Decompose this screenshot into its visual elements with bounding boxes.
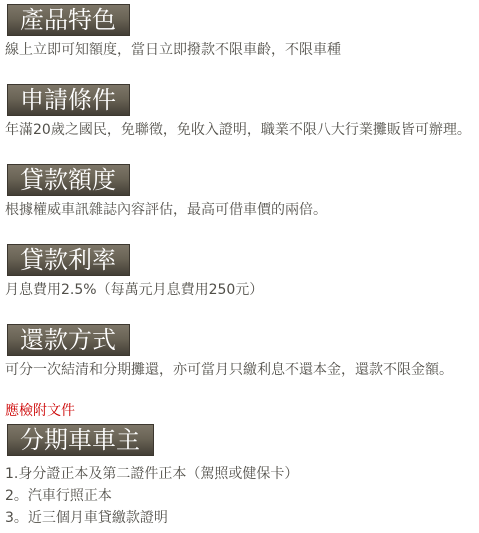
- required-documents-list: 1.身分證正本及第二證件正本（駕照或健保卡） 2。汽車行照正本 3。近三個月車貸…: [5, 463, 475, 529]
- list-item: 2。汽車行照正本: [5, 485, 475, 507]
- section-body-text: 線上立即可知額度，當日立即撥款不限車齡，不限車種: [5, 43, 475, 58]
- list-item: 3。近三個月車貸繳款證明: [5, 507, 475, 529]
- section-loan-amount: 貸款額度 根據權威車訊雜誌內容評估，最高可借車價的兩倍。: [5, 164, 475, 218]
- section-title-box-loan-interest-rate: 貸款利率: [7, 244, 130, 276]
- section-loan-interest-rate: 貸款利率 月息費用2.5%（每萬元月息費用250元）: [5, 244, 475, 298]
- section-body-text: 可分一次結清和分期攤還，亦可當月只繳利息不還本金，還款不限金額。: [5, 363, 475, 378]
- section-title: 還款方式: [20, 326, 116, 354]
- section-title-box-installment-car-owner: 分期車車主: [7, 424, 154, 456]
- required-documents-label: 應檢附文件: [5, 404, 475, 419]
- section-required-documents: 應檢附文件 分期車車主 1.身分證正本及第二證件正本（駕照或健保卡） 2。汽車行…: [5, 404, 475, 529]
- section-application-conditions: 申請條件 年滿20歲之國民，免聯徵，免收入證明，職業不限八大行業攤販皆可辦理。: [5, 84, 475, 138]
- section-product-features: 產品特色 線上立即可知額度，當日立即撥款不限車齡，不限車種: [5, 4, 475, 58]
- section-title-box-product-features: 產品特色: [7, 4, 130, 36]
- section-title-box-loan-amount: 貸款額度: [7, 164, 130, 196]
- section-title: 申請條件: [20, 86, 116, 114]
- section-title: 分期車車主: [20, 426, 140, 454]
- list-item: 1.身分證正本及第二證件正本（駕照或健保卡）: [5, 463, 475, 485]
- section-title-box-application-conditions: 申請條件: [7, 84, 130, 116]
- loan-info-page: 產品特色 線上立即可知額度，當日立即撥款不限車齡，不限車種 申請條件 年滿20歲…: [0, 0, 479, 529]
- section-body-text: 年滿20歲之國民，免聯徵，免收入證明，職業不限八大行業攤販皆可辦理。: [5, 123, 475, 138]
- section-title-box-repayment-method: 還款方式: [7, 324, 130, 356]
- section-title: 貸款利率: [20, 246, 116, 274]
- section-repayment-method: 還款方式 可分一次結清和分期攤還，亦可當月只繳利息不還本金，還款不限金額。: [5, 324, 475, 378]
- section-body-text: 根據權威車訊雜誌內容評估，最高可借車價的兩倍。: [5, 203, 475, 218]
- section-title: 貸款額度: [20, 166, 116, 194]
- section-title: 產品特色: [20, 6, 116, 34]
- section-body-text: 月息費用2.5%（每萬元月息費用250元）: [5, 283, 475, 298]
